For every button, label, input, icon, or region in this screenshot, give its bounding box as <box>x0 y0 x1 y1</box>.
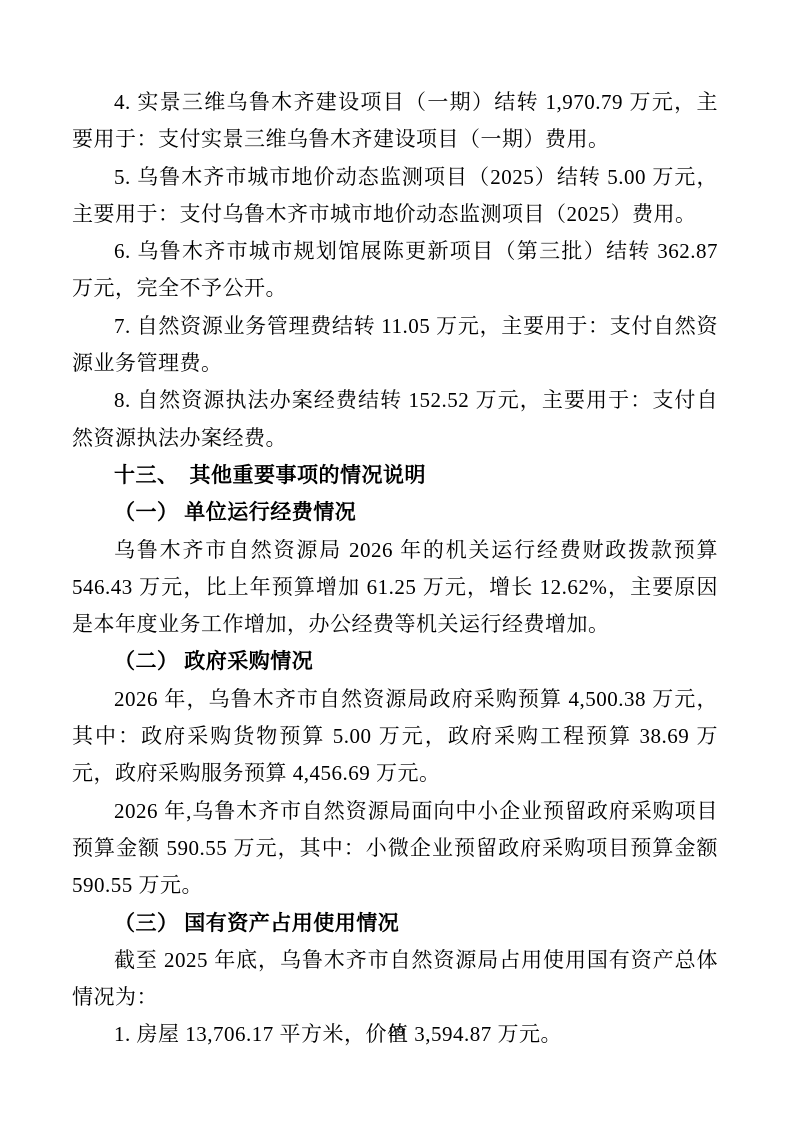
document-body: 4. 实景三维乌鲁木齐建设项目（一期）结转 1,970.79 万元，主要用于：支… <box>72 84 718 1054</box>
carryover-item-8: 8. 自然资源执法办案经费结转 152.52 万元，主要用于：支付自然资源执法办… <box>72 382 718 457</box>
sme-procurement-paragraph: 2026 年,乌鲁木齐市自然资源局面向中小企业预留政府采购项目预算金额 590.… <box>72 793 718 905</box>
subsection-2-heading: （二） 政府采购情况 <box>72 643 718 680</box>
carryover-item-5: 5. 乌鲁木齐市城市地价动态监测项目（2025）结转 5.00 万元，主要用于：… <box>72 159 718 234</box>
document-page: 4. 实景三维乌鲁木齐建设项目（一期）结转 1,970.79 万元，主要用于：支… <box>0 0 793 1122</box>
section-13-heading: 十三、 其他重要事项的情况说明 <box>72 457 718 494</box>
procurement-budget-paragraph: 2026 年，乌鲁木齐市自然资源局政府采购预算 4,500.38 万元，其中：政… <box>72 681 718 793</box>
carryover-item-4: 4. 实景三维乌鲁木齐建设项目（一期）结转 1,970.79 万元，主要用于：支… <box>72 84 718 159</box>
subsection-3-heading: （三） 国有资产占用使用情况 <box>72 905 718 942</box>
operating-expense-paragraph: 乌鲁木齐市自然资源局 2026 年的机关运行经费财政拨款预算 546.43 万元… <box>72 532 718 644</box>
carryover-item-7: 7. 自然资源业务管理费结转 11.05 万元，主要用于：支付自然资源业务管理费… <box>72 308 718 383</box>
state-assets-intro-paragraph: 截至 2025 年底，乌鲁木齐市自然资源局占用使用国有资产总体情况为： <box>72 942 718 1017</box>
subsection-1-heading: （一） 单位运行经费情况 <box>72 494 718 531</box>
carryover-item-6: 6. 乌鲁木齐市城市规划馆展陈更新项目（第三批）结转 362.87 万元，完全不… <box>72 233 718 308</box>
page-number: 29 <box>0 1023 793 1039</box>
